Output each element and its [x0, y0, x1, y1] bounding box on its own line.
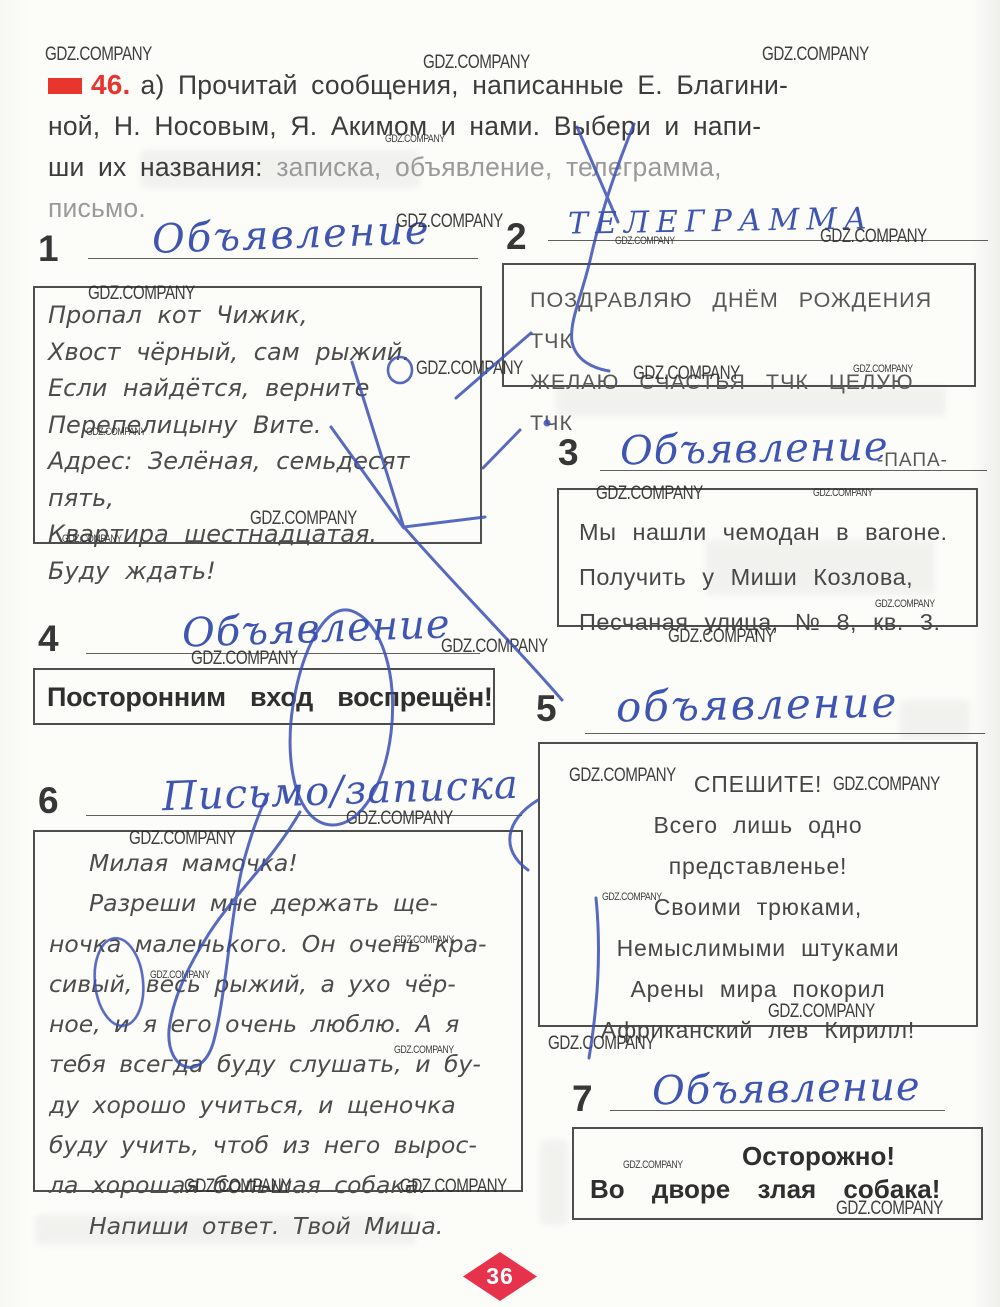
watermark: GDZ.COMPANY — [346, 808, 453, 830]
watermark: GDZ.COMPANY — [820, 226, 927, 248]
box3-line: Мы нашли чемодан в вагоне. — [579, 510, 976, 555]
message-box-1: Пропал кот Чижик, Хвост чёрный, сам рыжи… — [33, 286, 482, 544]
watermark: GDZ.COMPANY — [853, 363, 913, 375]
handwritten-answer-7: Объявление — [652, 1064, 921, 1115]
exercise-number: 46. — [91, 69, 131, 100]
show-through — [900, 700, 970, 740]
box5-line: Немыслимыми штуками — [540, 928, 976, 969]
watermark: GDZ.COMPANY — [836, 1198, 943, 1220]
watermark: GDZ.COMPANY — [762, 44, 869, 66]
watermark: GDZ.COMPANY — [416, 358, 523, 380]
box6-line: ду хорошо учиться, и щеночка — [49, 1085, 513, 1125]
page-number: 36 — [463, 1252, 537, 1301]
show-through — [540, 1140, 568, 1225]
watermark: GDZ.COMPANY — [615, 235, 675, 247]
box5-line: Арены мира покорил — [540, 969, 976, 1010]
instruction-line: ной, Н. Носовым, Я. Акимом и нами. Выбер… — [48, 106, 963, 147]
instruction-choices: записка, объявление, телеграмма, — [276, 152, 721, 182]
watermark: GDZ.COMPANY — [394, 934, 454, 946]
item-number-5: 5 — [536, 688, 557, 730]
watermark: GDZ.COMPANY — [396, 211, 503, 233]
box1-line: Хвост чёрный, сам рыжий. — [48, 334, 470, 371]
watermark: GDZ.COMPANY — [62, 533, 122, 545]
watermark: GDZ.COMPANY — [191, 648, 298, 670]
handwritten-answer-5: объявление — [616, 678, 899, 732]
box2-line: ПОЗДРАВЛЯЮ ДНЁМ РОЖДЕНИЯ ТЧК — [504, 280, 974, 362]
item-number-6: 6 — [38, 780, 59, 822]
red-square-marker — [48, 78, 82, 94]
box1-line: Буду ждать! — [48, 553, 470, 590]
watermark: GDZ.COMPANY — [394, 1044, 454, 1056]
watermark: GDZ.COMPANY — [86, 426, 146, 438]
item-number-1: 1 — [38, 228, 59, 270]
watermark: GDZ.COMPANY — [833, 774, 940, 796]
box1-line: Если найдётся, верните — [48, 370, 470, 407]
watermark: GDZ.COMPANY — [423, 52, 530, 74]
page-number-badge: 36 — [463, 1252, 537, 1301]
message-box-4: Посторонним вход воспрещён! — [33, 668, 495, 725]
watermark: GDZ.COMPANY — [623, 1159, 683, 1171]
watermark: GDZ.COMPANY — [768, 1001, 875, 1023]
box7-line: Осторожно! — [742, 1141, 981, 1172]
watermark: GDZ.COMPANY — [441, 636, 548, 658]
handwritten-answer-6: Письмо/записка — [161, 762, 519, 820]
item-number-4: 4 — [38, 618, 59, 660]
box1-line: Адрес: Зелёная, семьдесят пять, — [48, 443, 470, 516]
watermark: GDZ.COMPANY — [602, 891, 662, 903]
watermark: GDZ.COMPANY — [184, 1176, 291, 1198]
box6-line: сивый, весь рыжий, а ухо чёр- — [49, 964, 513, 1004]
watermark: GDZ.COMPANY — [88, 283, 195, 305]
box5-line: Всего лишь одно — [540, 805, 976, 846]
watermark: GDZ.COMPANY — [813, 487, 873, 499]
watermark: GDZ.COMPANY — [400, 1176, 507, 1198]
instruction-text: а) Прочитай сообщения, написанные Е. Бла… — [141, 70, 789, 100]
watermark: GDZ.COMPANY — [596, 483, 703, 505]
watermark: GDZ.COMPANY — [668, 626, 775, 648]
workbook-page: 46.а) Прочитай сообщения, написанные Е. … — [0, 0, 1000, 1307]
box6-line: ное, и я его очень люблю. А я — [49, 1004, 513, 1044]
handwritten-answer-1: Объявление — [151, 207, 431, 263]
watermark: GDZ.COMPANY — [548, 1033, 655, 1055]
box3-line: Получить у Миши Козлова, — [579, 555, 976, 600]
watermark: GDZ.COMPANY — [569, 765, 676, 787]
watermark: GDZ.COMPANY — [250, 508, 357, 530]
item-number-2: 2 — [506, 216, 527, 258]
watermark: GDZ.COMPANY — [45, 44, 152, 66]
item-number-7: 7 — [572, 1078, 593, 1120]
box6-line: Разреши мне держать ще- — [49, 883, 513, 923]
watermark: GDZ.COMPANY — [633, 363, 740, 385]
box4-line: Посторонним вход воспрещён! — [47, 682, 493, 713]
watermark: GDZ.COMPANY — [129, 828, 236, 850]
box5-line: представленье! — [540, 846, 976, 887]
box6-line: Напиши ответ. Твой Миша. — [49, 1206, 513, 1246]
box6-line: буду учить, чтоб из него вырос- — [49, 1125, 513, 1165]
answer-line-5 — [585, 733, 985, 734]
watermark: GDZ.COMPANY — [875, 598, 935, 610]
instruction-text: ши их названия: — [48, 152, 263, 182]
message-box-6: Милая мамочка! Разреши мне держать ще- н… — [33, 830, 523, 1192]
watermark: GDZ.COMPANY — [385, 133, 445, 145]
box2-signature: -ПАПА- — [504, 440, 974, 481]
box6-line: Милая мамочка! — [49, 843, 513, 883]
instruction-line: ши их названия: записка, объявление, тел… — [48, 147, 963, 188]
watermark: GDZ.COMPANY — [150, 969, 210, 981]
